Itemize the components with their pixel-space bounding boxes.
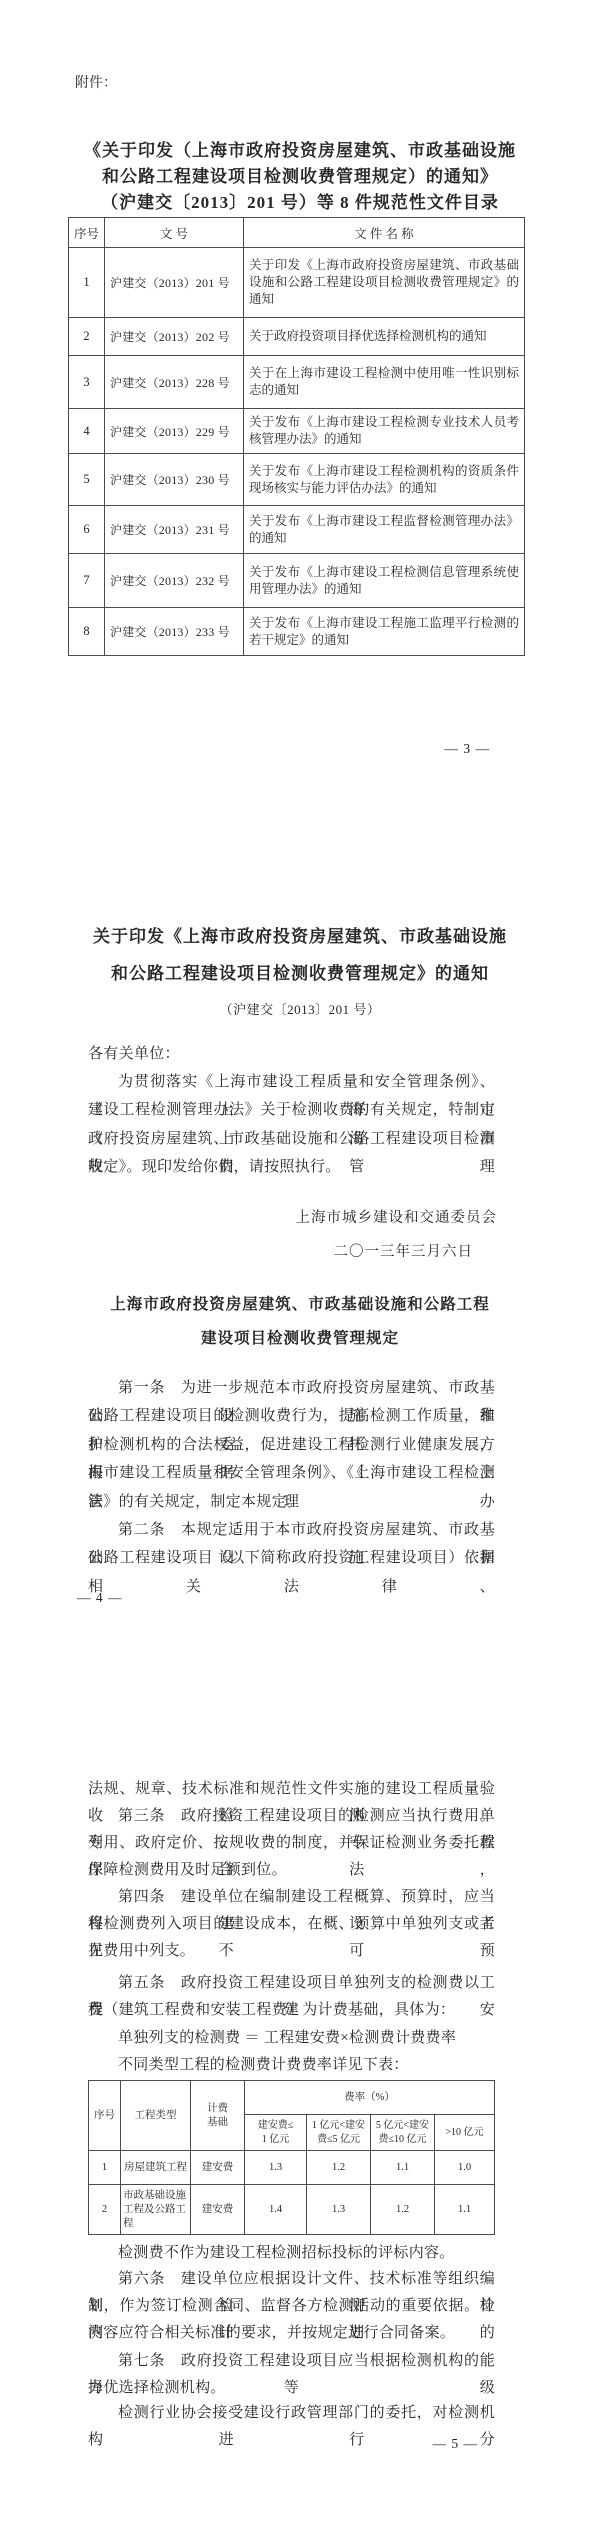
article-2-continuation: 法规、规章、技术标准和规范性文件实施的建设工程质量验收检测。 — [88, 1776, 495, 1803]
article-line: 第一条 为进一步规范本市政府投资房屋建筑、市政基础设施和 — [88, 1374, 495, 1402]
fee-cell-rate: 1.3 — [245, 2151, 307, 2185]
signature-date: 二〇一三年三月六日 — [0, 1240, 600, 1261]
article-line: 第七条 政府投资工程建设项目应当根据检测机构的能力等级 — [88, 2348, 495, 2375]
formula-line: 单独列支的检测费 ＝ 工程建安费×检测费计费费率 — [88, 2025, 495, 2052]
catalog-cell-title: 关于政府投资项目择优选择检测机构的通知 — [244, 318, 525, 356]
catalog-cell-title: 关于发布《上海市建设工程检测信息管理系统使用管理办法》的通知 — [244, 554, 525, 608]
catalog-cell-title: 关于印发《上海市政府投资房屋建筑、市政基础设施和公路工程建设项目检测收费管理规定… — [244, 248, 525, 318]
fee-cell-basis: 建安费 — [191, 2151, 245, 2185]
article-line: 第三条 政府投资工程建设项目的检测应当执行费用单列、专款 — [88, 1803, 495, 1830]
catalog-cell-no: 7 — [69, 554, 105, 608]
fee-rate-col-header: >10 亿元 — [435, 2115, 495, 2151]
notice-title-line-2: 和公路工程建设项目检测收费管理规定》的通知 — [0, 955, 600, 992]
catalog-cell-doc-no: 沪建交（2013）230 号 — [105, 454, 244, 506]
article-line: 公路工程建设项目的检测收费行为，提高检测工作质量，维护委托方 — [88, 1402, 495, 1430]
salutation: 各有关单位： — [88, 1040, 495, 1068]
catalog-cell-no: 8 — [69, 608, 105, 656]
catalog-cell-no: 5 — [69, 454, 105, 506]
page-number-3: — 3 — — [0, 741, 600, 757]
catalog-cell-title: 关于发布《上海市建设工程检测机构的资质条件现场核实与能力评估办法》的通知 — [244, 454, 525, 506]
fee-cell-basis: 建安费 — [191, 2185, 245, 2235]
catalog-header-doc-no: 文 号 — [105, 218, 244, 248]
article-line: 第六条 建设单位应根据设计文件、技术标准等组织编制检测计 — [88, 2266, 495, 2293]
regulation-title-line-2: 建设项目检测收费管理规定 — [0, 1322, 600, 1356]
fee-cell-rate: 1.0 — [435, 2151, 495, 2185]
fee-row: 2 市政基础设施 工程及公路工 程 建安费 1.4 1.3 1.2 1.1 — [89, 2185, 495, 2235]
article-1: 第一条 为进一步规范本市政府投资房屋建筑、市政基础设施和 公路工程建设项目的检测… — [88, 1374, 495, 1516]
catalog-cell-title: 关于发布《上海市建设工程施工监理平行检测的若干规定》的通知 — [244, 608, 525, 656]
fee-rate-table: 序号 工程类型 计费 基础 费率（%） 建安费≤ 1 亿元 1 亿元<建安 费≤… — [88, 2080, 495, 2235]
fee-cell-type: 房屋建筑工程 — [121, 2151, 191, 2185]
article-7: 第七条 政府投资工程建设项目应当根据检测机构的能力等级 择优选择检测机构。 — [88, 2348, 495, 2402]
catalog-title: 《关于印发（上海市政府投资房屋建筑、市政基础设施 和公路工程建设项目检测收费管理… — [0, 138, 600, 216]
notice-body-line: 为贯彻落实《上海市建设工程质量和安全管理条例》、《上海市 — [88, 1068, 495, 1096]
fee-row: 1 房屋建筑工程 建安费 1.3 1.2 1.1 1.0 — [89, 2151, 495, 2185]
catalog-cell-doc-no: 沪建交（2013）228 号 — [105, 356, 244, 409]
catalog-row: 2 沪建交（2013）202 号 关于政府投资项目择优选择检测机构的通知 — [69, 318, 525, 356]
article-line: 检测行业协会接受建设行政管理部门的委托，对检测机构进行分 — [88, 2400, 495, 2427]
catalog-cell-title: 关于在上海市建设工程检测中使用唯一性识别标志的通知 — [244, 356, 525, 409]
article-7-paragraph-2: 检测行业协会接受建设行政管理部门的委托，对检测机构进行分 — [88, 2400, 495, 2427]
fee-formula: 单独列支的检测费 ＝ 工程建安费×检测费计费费率 — [88, 2025, 495, 2052]
catalog-row: 3 沪建交（2013）228 号 关于在上海市建设工程检测中使用唯一性识别标志的… — [69, 356, 525, 409]
fee-header-type: 工程类型 — [121, 2081, 191, 2151]
catalog-cell-title: 关于发布《上海市建设工程检测专业技术人员考核管理办法》的通知 — [244, 409, 525, 454]
notice-body-paragraph: 为贯彻落实《上海市建设工程质量和安全管理条例》、《上海市 建设工程检测管理办法》… — [88, 1068, 495, 1182]
fee-cell-rate: 1.2 — [371, 2185, 435, 2235]
fee-cell-rate: 1.1 — [371, 2151, 435, 2185]
catalog-header-title: 文 件 名 称 — [244, 218, 525, 248]
fee-cell-no: 2 — [89, 2185, 121, 2235]
article-line: 法规、规章、技术标准和规范性文件实施的建设工程质量验收检测。 — [88, 1776, 495, 1803]
fee-header-row-1: 序号 工程类型 计费 基础 费率（%） — [89, 2081, 495, 2115]
fee-rate-col-header: 5 亿元<建安 费≤10 亿元 — [371, 2115, 435, 2151]
catalog-cell-no: 3 — [69, 356, 105, 409]
catalog-cell-doc-no: 沪建交（2013）229 号 — [105, 409, 244, 454]
article-3: 第三条 政府投资工程建设项目的检测应当执行费用单列、专款 专用、政府定价、按规收… — [88, 1803, 495, 1884]
fee-header-rate-group: 费率（%） — [245, 2081, 495, 2115]
catalog-row: 1 沪建交（2013）201 号 关于印发《上海市政府投资房屋建筑、市政基础设施… — [69, 248, 525, 318]
catalog-header-row: 序号 文 号 文 件 名 称 — [69, 218, 525, 248]
page-number-5: — 5 — — [0, 2436, 600, 2452]
signature-org: 上海市城乡建设和交通委员会 — [0, 1206, 600, 1227]
article-6: 第六条 建设单位应根据设计文件、技术标准等组织编制检测计 划，作为签订检测合同、… — [88, 2266, 495, 2347]
article-5: 第五条 政府投资工程建设项目单独列支的检测费以工程建安 费（建筑工程费和安装工程… — [88, 1970, 495, 2024]
catalog-cell-no: 4 — [69, 409, 105, 454]
catalog-cell-no: 1 — [69, 248, 105, 318]
attachment-label: 附件： — [75, 72, 117, 92]
catalog-cell-doc-no: 沪建交（2013）233 号 — [105, 608, 244, 656]
article-line: 和检测机构的合法权益，促进建设工程检测行业健康发展，根据《上 — [88, 1431, 495, 1459]
doc-number: （沪建交〔2013〕201 号） — [0, 999, 600, 1018]
catalog-row: 8 沪建交（2013）233 号 关于发布《上海市建设工程施工监理平行检测的若干… — [69, 608, 525, 656]
table-intro-line: 不同类型工程的检测费计费费率详见下表： — [88, 2052, 495, 2079]
regulation-title-line-1: 上海市政府投资房屋建筑、市政基础设施和公路工程 — [0, 1288, 600, 1322]
article-line: 费（建筑工程费和安装工程费）为计费基础，具体为： — [88, 1997, 495, 2024]
regulation-title: 上海市政府投资房屋建筑、市政基础设施和公路工程 建设项目检测收费管理规定 — [0, 1288, 600, 1356]
article-4: 第四条 建设单位在编制建设工程概算、预算时，应当将建设工 程检测费列入项目的建设… — [88, 1884, 495, 1965]
fee-cell-rate: 1.4 — [245, 2185, 307, 2235]
catalog-table: 序号 文 号 文 件 名 称 1 沪建交（2013）201 号 关于印发《上海市… — [68, 217, 525, 656]
fee-rate-col-header: 1 亿元<建安 费≤5 亿元 — [307, 2115, 371, 2151]
fee-cell-no: 1 — [89, 2151, 121, 2185]
notice-body-line: 建设工程检测管理办法》关于检测收费的有关规定，特制定《上海市 — [88, 1096, 495, 1124]
catalog-title-line-2: 和公路工程建设项目检测收费管理规定）的通知》 — [0, 164, 600, 190]
catalog-cell-doc-no: 沪建交（2013）232 号 — [105, 554, 244, 608]
article-line: 第二条 本规定适用于本市政府投资房屋建筑、市政基础设施和 — [88, 1516, 495, 1544]
article-2: 第二条 本规定适用于本市政府投资房屋建筑、市政基础设施和 公路工程建设项目（以下… — [88, 1516, 495, 1573]
catalog-row: 4 沪建交（2013）229 号 关于发布《上海市建设工程检测专业技术人员考核管… — [69, 409, 525, 454]
catalog-row: 6 沪建交（2013）231 号 关于发布《上海市建设工程监督检测管理办法》的通… — [69, 506, 525, 554]
catalog-title-line-3: （沪建交〔2013〕201 号）等 8 件规范性文件目录 — [0, 190, 600, 216]
document-scroll: 附件： 《关于印发（上海市政府投资房屋建筑、市政基础设施 和公路工程建设项目检测… — [0, 0, 600, 2544]
note-line: 检测费不作为建设工程检测招标投标的评标内容。 — [88, 2240, 495, 2267]
fee-note: 检测费不作为建设工程检测招标投标的评标内容。 — [88, 2240, 495, 2267]
fee-rate-col-header: 建安费≤ 1 亿元 — [245, 2115, 307, 2151]
article-line: 海市建设工程质量和安全管理条例》、《上海市建设工程检测管理办 — [88, 1459, 495, 1487]
catalog-cell-doc-no: 沪建交（2013）202 号 — [105, 318, 244, 356]
page-number-4: — 4 — — [0, 1590, 600, 1606]
article-line: 内容应符合相关标准的要求，并按规定进行合同备案。 — [88, 2320, 495, 2347]
catalog-row: 5 沪建交（2013）230 号 关于发布《上海市建设工程检测机构的资质条件现场… — [69, 454, 525, 506]
fee-cell-rate: 1.3 — [307, 2185, 371, 2235]
notice-title-line-1: 关于印发《上海市政府投资房屋建筑、市政基础设施 — [0, 918, 600, 955]
catalog-cell-no: 2 — [69, 318, 105, 356]
catalog-title-line-1: 《关于印发（上海市政府投资房屋建筑、市政基础设施 — [0, 138, 600, 164]
fee-header-basis: 计费 基础 — [191, 2081, 245, 2151]
catalog-row: 7 沪建交（2013）232 号 关于发布《上海市建设工程检测信息管理系统使用管… — [69, 554, 525, 608]
fee-table-intro: 不同类型工程的检测费计费费率详见下表： — [88, 2052, 495, 2079]
catalog-cell-title: 关于发布《上海市建设工程监督检测管理办法》的通知 — [244, 506, 525, 554]
fee-cell-rate: 1.1 — [435, 2185, 495, 2235]
article-line: 公路工程建设项目（以下简称政府投资工程建设项目）依据相关法律、 — [88, 1544, 495, 1572]
notice-body-line: 政府投资房屋建筑、市政基础设施和公路工程建设项目检测收费管理 — [88, 1125, 495, 1153]
fee-header-no: 序号 — [89, 2081, 121, 2151]
fee-cell-type: 市政基础设施 工程及公路工 程 — [121, 2185, 191, 2235]
fee-cell-rate: 1.2 — [307, 2151, 371, 2185]
article-line: 专用、政府定价、按规收费的制度，并保证检测业务委托程序合法， — [88, 1830, 495, 1857]
catalog-cell-doc-no: 沪建交（2013）231 号 — [105, 506, 244, 554]
catalog-header-no: 序号 — [69, 218, 105, 248]
article-line: 第四条 建设单位在编制建设工程概算、预算时，应当将建设工 — [88, 1884, 495, 1911]
article-line: 划，作为签订检测合同、监督各方检测活动的重要依据。检测计划的 — [88, 2293, 495, 2320]
catalog-cell-no: 6 — [69, 506, 105, 554]
catalog-cell-doc-no: 沪建交（2013）201 号 — [105, 248, 244, 318]
notice-title: 关于印发《上海市政府投资房屋建筑、市政基础设施 和公路工程建设项目检测收费管理规… — [0, 918, 600, 992]
article-line: 程检测费列入项目的建设成本，在概、预算中单独列支或者在不可预 — [88, 1911, 495, 1938]
article-line: 第五条 政府投资工程建设项目单独列支的检测费以工程建安 — [88, 1970, 495, 1997]
